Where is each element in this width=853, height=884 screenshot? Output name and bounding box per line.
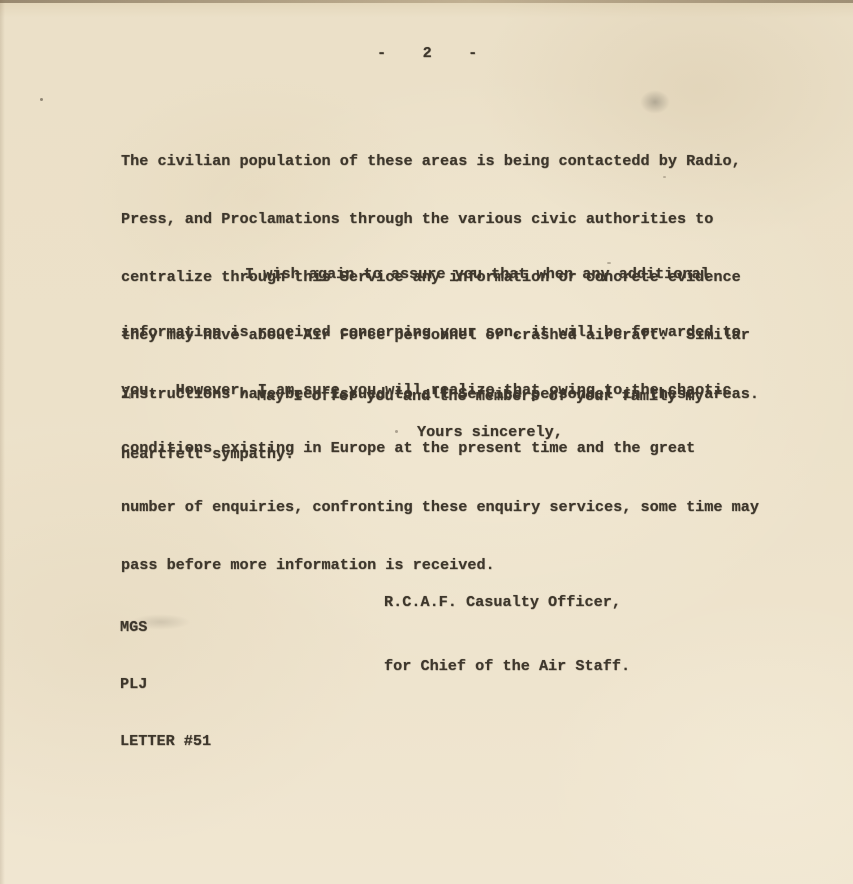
text-line: The civilian population of these areas i…	[121, 152, 759, 171]
paper-speck	[129, 393, 131, 399]
reference-line: LETTER #51	[120, 732, 211, 751]
paragraph-sympathy: May I offer you and the members of your …	[121, 348, 704, 503]
text-line: information is received concerning your …	[121, 323, 759, 342]
text-line: I wish again to assure you that when any…	[121, 265, 759, 284]
paper-speck	[40, 98, 43, 101]
signature-title-line: R.C.A.F. Casualty Officer,	[384, 592, 630, 613]
reference-line: PLJ	[120, 675, 211, 694]
reference-initials-block: MGS PLJ LETTER #51	[120, 580, 211, 789]
text-line: May I offer you and the members of your …	[121, 387, 704, 406]
signature-title-line: for Chief of the Air Staff.	[384, 656, 630, 677]
ink-smudge	[131, 614, 191, 630]
paper-speck	[663, 176, 666, 178]
letter-page: - 2 - The civilian population of these a…	[0, 0, 853, 884]
ink-smudge	[640, 90, 670, 114]
text-line: heartfelt sympathy.	[121, 445, 704, 464]
signature-block: R.C.A.F. Casualty Officer, for Chief of …	[384, 549, 630, 720]
closing-salutation: Yours sincerely,	[417, 423, 563, 441]
paper-speck	[607, 262, 611, 264]
paper-speck	[395, 430, 398, 433]
page-number: - 2 -	[377, 44, 477, 62]
